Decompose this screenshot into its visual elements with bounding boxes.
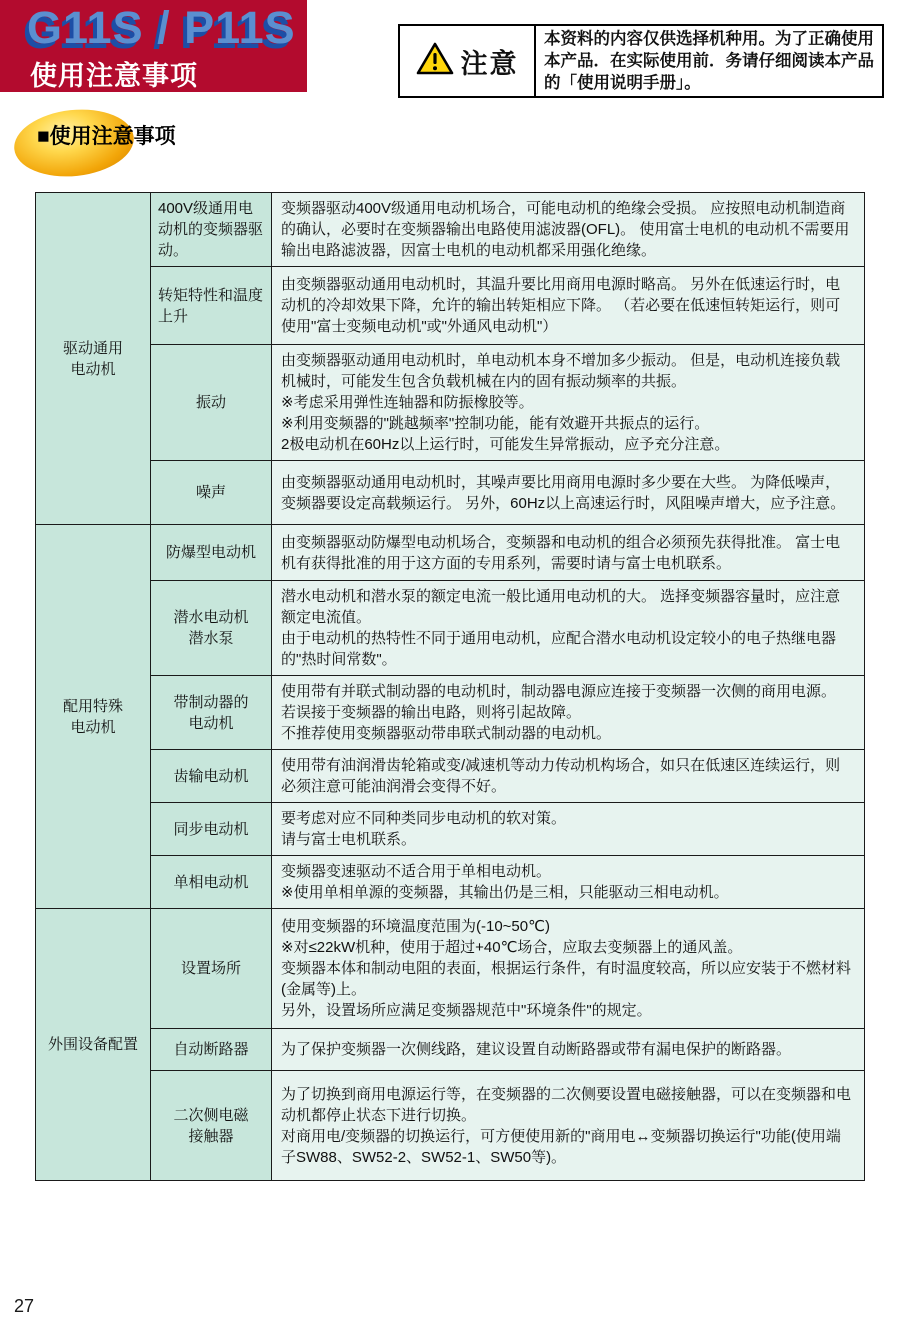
table-row: 单相电动机 变频器变速驱动不适合用于单相电动机。 ※使用单相单源的变频器，其输出… (36, 856, 865, 909)
table-row: 齿输电动机 使用带有油润滑齿轮箱或变/减速机等动力传动机构场合，如只在低速区连续… (36, 750, 865, 803)
group-label-general-motor: 驱动通用 电动机 (36, 193, 151, 525)
row-content: 由变频器驱动通用电动机时，其温升要比用商用电源时略高。 另外在低速运行时，电动机… (272, 267, 865, 345)
row-content: 变频器驱动400V级通用电动机场合，可能电动机的绝缘会受损。 应按照电动机制造商… (272, 193, 865, 267)
row-label: 自动断路器 (151, 1029, 272, 1071)
section-title: ■使用注意事项 (37, 120, 176, 150)
row-content: 使用变频器的环境温度范围为(-10~50℃) ※对≤22kW机种，使用于超过+4… (272, 909, 865, 1029)
product-model-title: G11S / P11S (27, 2, 296, 54)
row-content: 由变频器驱动防爆型电动机场合，变频器和电动机的组合必须预先获得批准。 富士电机有… (272, 525, 865, 581)
table-row: 噪声 由变频器驱动通用电动机时，其噪声要比用商用电源时多少要在大些。 为降低噪声… (36, 461, 865, 525)
table-row: 二次侧电磁 接触器 为了切换到商用电源运行等，在变频器的二次侧要设置电磁接触器，… (36, 1071, 865, 1181)
row-content: 使用带有油润滑齿轮箱或变/减速机等动力传动机构场合，如只在低速区连续运行，则必须… (272, 750, 865, 803)
warning-triangle-icon (416, 42, 454, 81)
header-banner: G11S / P11S 使用注意事项 (0, 0, 307, 92)
row-label: 带制动器的 电动机 (151, 676, 272, 750)
caution-label: 注意 (461, 42, 519, 81)
table-row: 转矩特性和温度上升 由变频器驱动通用电动机时，其温升要比用商用电源时略高。 另外… (36, 267, 865, 345)
row-content: 为了切换到商用电源运行等，在变频器的二次侧要设置电磁接触器，可以在变频器和电动机… (272, 1071, 865, 1181)
table-row: 带制动器的 电动机 使用带有并联式制动器的电动机时，制动器电源应连接于变频器一次… (36, 676, 865, 750)
row-label: 防爆型电动机 (151, 525, 272, 581)
group-label-special-motor: 配用特殊 电动机 (36, 525, 151, 909)
table-row: 振动 由变频器驱动通用电动机时，单电动机本身不增加多少振动。 但是，电动机连接负… (36, 345, 865, 461)
row-label: 转矩特性和温度上升 (151, 267, 272, 345)
page-number: 27 (14, 1296, 34, 1317)
row-label: 振动 (151, 345, 272, 461)
table-row: 同步电动机 要考虑对应不同种类同步电动机的软对策。 请与富士电机联系。 (36, 803, 865, 856)
row-content: 为了保护变频器一次侧线路，建议设置自动断路器或带有漏电保护的断路器。 (272, 1029, 865, 1071)
row-label: 噪声 (151, 461, 272, 525)
row-label: 400V级通用电动机的变频器驱动。 (151, 193, 272, 267)
table-row: 外围设备配置 设置场所 使用变频器的环境温度范围为(-10~50℃) ※对≤22… (36, 909, 865, 1029)
row-label: 同步电动机 (151, 803, 272, 856)
row-label: 齿输电动机 (151, 750, 272, 803)
row-content: 由变频器驱动通用电动机时，其噪声要比用商用电源时多少要在大些。 为降低噪声，变频… (272, 461, 865, 525)
row-label: 潜水电动机 潜水泵 (151, 581, 272, 676)
row-label: 设置场所 (151, 909, 272, 1029)
row-content: 变频器变速驱动不适合用于单相电动机。 ※使用单相单源的变频器，其输出仍是三相，只… (272, 856, 865, 909)
row-content: 由变频器驱动通用电动机时，单电动机本身不增加多少振动。 但是，电动机连接负载机械… (272, 345, 865, 461)
precautions-table: 驱动通用 电动机 400V级通用电动机的变频器驱动。 变频器驱动400V级通用电… (35, 192, 865, 1181)
row-label: 单相电动机 (151, 856, 272, 909)
banner-subtitle: 使用注意事项 (30, 54, 198, 93)
caution-box: 注意 本资料的内容仅供选择机种用。为了正确使用本产品．在实际使用前．务请仔细阅读… (398, 24, 884, 98)
table-row: 潜水电动机 潜水泵 潜水电动机和潜水泵的额定电流一般比通用电动机的大。 选择变频… (36, 581, 865, 676)
table-row: 驱动通用 电动机 400V级通用电动机的变频器驱动。 变频器驱动400V级通用电… (36, 193, 865, 267)
table-row: 自动断路器 为了保护变频器一次侧线路，建议设置自动断路器或带有漏电保护的断路器。 (36, 1029, 865, 1071)
row-content: 使用带有并联式制动器的电动机时，制动器电源应连接于变频器一次侧的商用电源。 若误… (272, 676, 865, 750)
row-content: 潜水电动机和潜水泵的额定电流一般比通用电动机的大。 选择变频器容量时，应注意额定… (272, 581, 865, 676)
caution-header: 注意 (400, 26, 536, 96)
caution-text: 本资料的内容仅供选择机种用。为了正确使用本产品．在实际使用前．务请仔细阅读本产品… (536, 26, 882, 96)
row-content: 要考虑对应不同种类同步电动机的软对策。 请与富士电机联系。 (272, 803, 865, 856)
table-row: 配用特殊 电动机 防爆型电动机 由变频器驱动防爆型电动机场合，变频器和电动机的组… (36, 525, 865, 581)
group-label-peripheral: 外围设备配置 (36, 909, 151, 1181)
row-label: 二次侧电磁 接触器 (151, 1071, 272, 1181)
